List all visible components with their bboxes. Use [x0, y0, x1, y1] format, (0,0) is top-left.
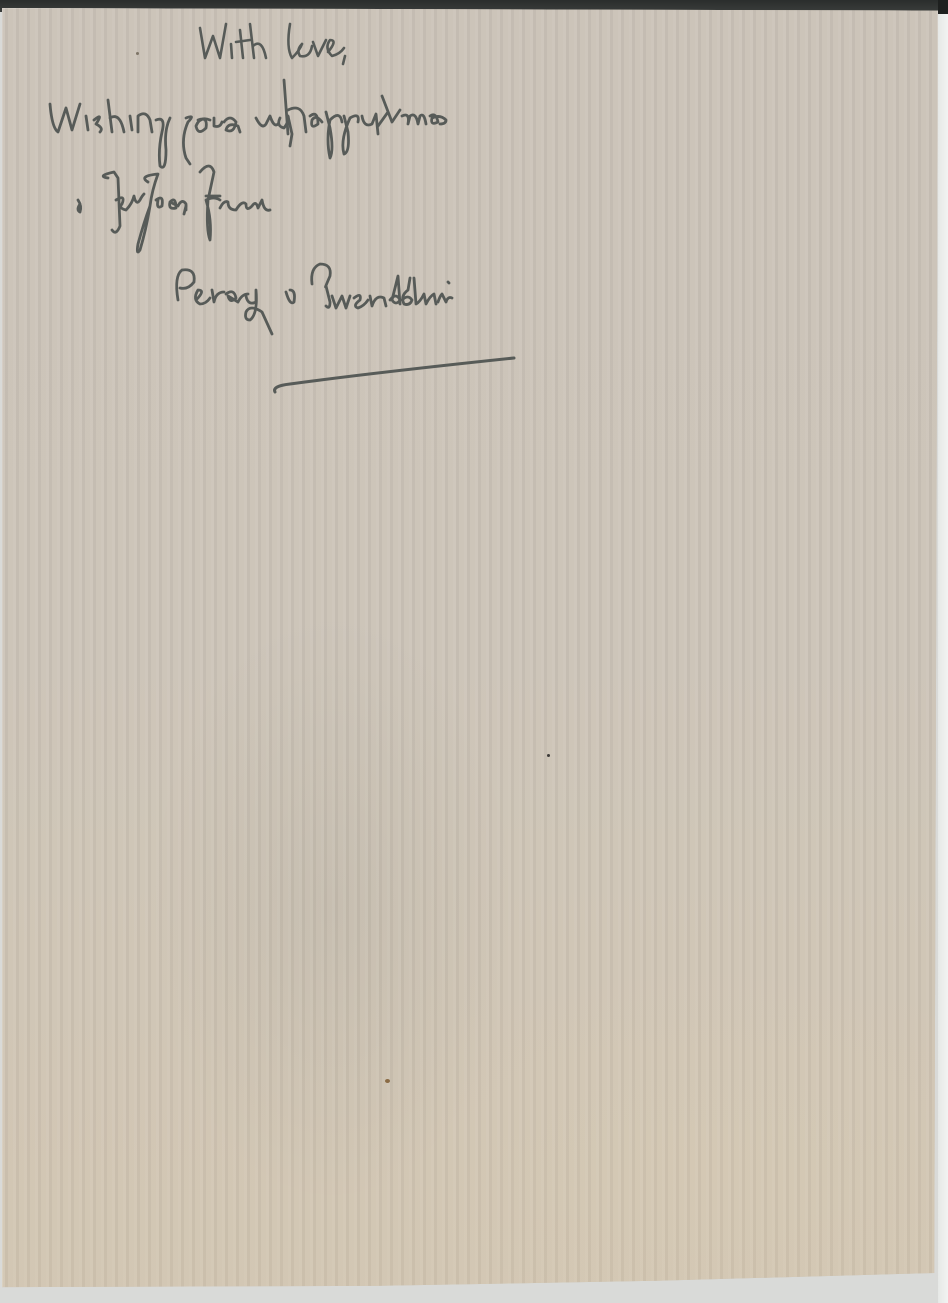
handwriting-ink [0, 0, 948, 420]
signature-strokes [177, 264, 452, 334]
wishing-strokes [50, 80, 446, 167]
new-year-strokes [78, 166, 270, 252]
ink-speck [547, 754, 550, 757]
with-love-strokes [200, 24, 345, 64]
foxing-spot [385, 1079, 390, 1083]
underline-flourish [275, 358, 514, 392]
